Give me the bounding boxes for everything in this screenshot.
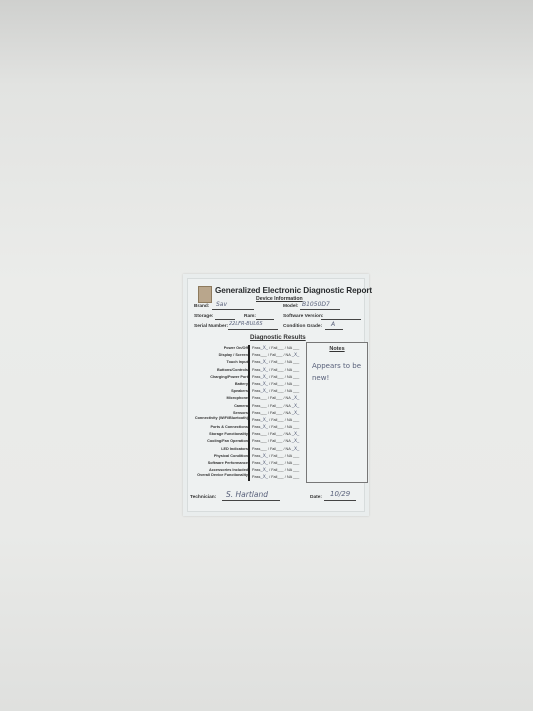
result-row: Pass_X_ / Fail___ / NA ___ xyxy=(252,367,312,374)
result-label: Ports & Connections xyxy=(190,424,248,431)
result-row: Pass_X_ / Fail___ / NA ___ xyxy=(252,345,312,352)
result-row: Pass___ / Fail___ / NA _X_ xyxy=(252,446,312,453)
ram-label: Ram: xyxy=(244,314,256,319)
result-label: Power On/Off xyxy=(190,345,248,352)
result-row: Pass___ / Fail___ / NA _X_ xyxy=(252,410,312,417)
model-value: B1050D7 xyxy=(302,301,330,308)
result-label: Speakers xyxy=(190,388,248,395)
software-label: Software Version: xyxy=(283,314,324,319)
result-row: Pass_X_ / Fail___ / NA ___ xyxy=(252,467,312,474)
storage-label: Storage: xyxy=(194,314,213,319)
result-label: Touch Input xyxy=(190,359,248,366)
model-label: Model: xyxy=(283,304,298,309)
results-marks: Pass_X_ / Fail___ / NA ___Pass___ / Fail… xyxy=(252,345,312,482)
technician-label: Technician: xyxy=(190,495,216,500)
condition-label: Condition Grade: xyxy=(283,324,322,329)
logo-icon xyxy=(198,286,212,303)
result-label: Cooling/Fan Operation xyxy=(190,438,248,445)
result-row: Pass_X_ / Fail___ / NA ___ xyxy=(252,417,312,424)
notes-text: Appears to be new! xyxy=(312,360,367,384)
result-label: Software Performance xyxy=(190,460,248,467)
diagnostic-report-card: Generalized Electronic Diagnostic Report… xyxy=(183,274,369,516)
result-row: Pass_X_ / Fail___ / NA ___ xyxy=(252,374,312,381)
result-label: LED Indicators xyxy=(190,446,248,453)
condition-value: A xyxy=(331,321,335,328)
result-row: Pass_X_ / Fail___ / NA ___ xyxy=(252,460,312,467)
notes-heading: Notes xyxy=(307,346,367,352)
device-info-heading: Device Information xyxy=(256,296,303,302)
serial-label: Serial Number: xyxy=(194,324,228,329)
result-row: Pass_X_ / Fail___ / NA ___ xyxy=(252,381,312,388)
result-row: Pass___ / Fail___ / NA _X_ xyxy=(252,431,312,438)
result-label: Microphone xyxy=(190,395,248,402)
result-label: Display / Screen xyxy=(190,352,248,359)
notes-box: Notes Appears to be new! xyxy=(306,342,368,483)
serial-value: 22LFR-BUL6S xyxy=(229,321,263,327)
report-title: Generalized Electronic Diagnostic Report xyxy=(215,286,372,295)
result-label: Battery xyxy=(190,381,248,388)
result-row: Pass_X_ / Fail___ / NA ___ xyxy=(252,474,312,481)
results-heading: Diagnostic Results xyxy=(250,334,306,341)
result-label: Physical Condition xyxy=(190,453,248,460)
date-value: 10/29 xyxy=(330,490,350,498)
result-label: Camera xyxy=(190,403,248,410)
storage-line xyxy=(215,313,235,320)
date-label: Date: xyxy=(310,495,322,500)
divider-bar xyxy=(248,345,250,481)
brand-label: Brand: xyxy=(194,304,209,309)
result-row: Pass_X_ / Fail___ / NA ___ xyxy=(252,453,312,460)
technician-value: S. Hartland xyxy=(226,490,268,499)
result-row: Pass_X_ / Fail___ / NA ___ xyxy=(252,359,312,366)
result-row: Pass_X_ / Fail___ / NA ___ xyxy=(252,424,312,431)
result-label: Charging/Power Port xyxy=(190,374,248,381)
result-label: Overall Device Functionality xyxy=(190,474,248,481)
result-row: Pass___ / Fail___ / NA _X_ xyxy=(252,395,312,402)
software-line xyxy=(321,313,361,320)
brand-value: Sav xyxy=(216,301,227,308)
result-label: Storage Functionality xyxy=(190,431,248,438)
result-row: Pass___ / Fail___ / NA _X_ xyxy=(252,352,312,359)
result-label: Connectivity (WiFi/Bluetooth) xyxy=(190,417,248,424)
results-labels: Power On/OffDisplay / ScreenTouch InputB… xyxy=(190,345,248,482)
result-row: Pass___ / Fail___ / NA _X_ xyxy=(252,438,312,445)
result-row: Pass_X_ / Fail___ / NA ___ xyxy=(252,388,312,395)
result-row: Pass___ / Fail___ / NA _X_ xyxy=(252,403,312,410)
result-label: Buttons/Controls xyxy=(190,367,248,374)
ram-line xyxy=(256,313,274,320)
